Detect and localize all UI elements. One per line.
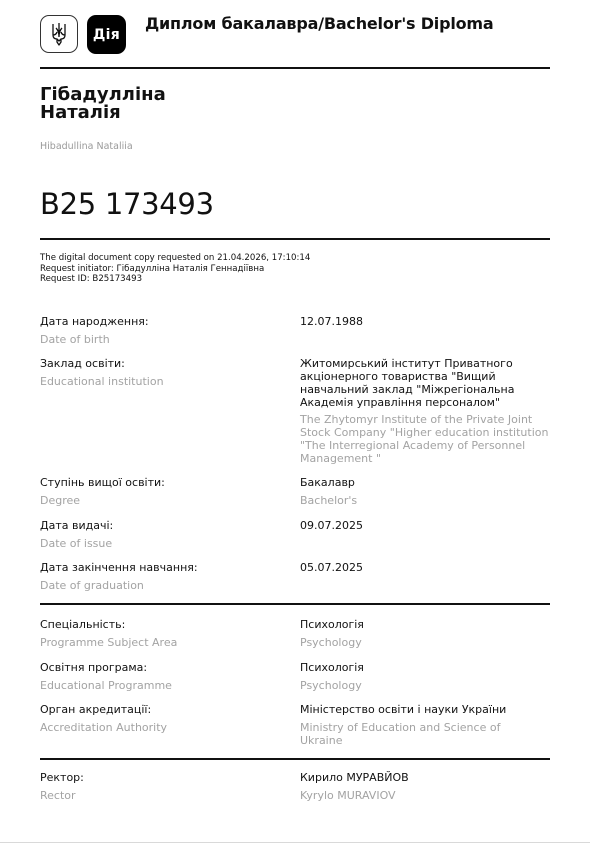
field-value-uk: 12.07.1988 [300, 315, 550, 328]
document-title: Диплом бакалавра/Bachelor's Diploma [145, 14, 493, 33]
field-value-uk: Кирило МУРАВЙОВ [300, 771, 550, 784]
field-label-uk: Дата закінчення навчання: [40, 561, 198, 574]
request-date: The digital document copy requested on 2… [40, 253, 310, 264]
request-id: Request ID: B25173493 [40, 274, 310, 285]
divider [40, 67, 550, 69]
holder-given-name: Наталія [40, 104, 166, 122]
field-value-uk: Міністерство освіти і науки України [300, 703, 550, 716]
field-label-en: Degree [40, 494, 80, 507]
field-label-uk: Ступінь вищої освіти: [40, 476, 165, 489]
field-label-en: Date of birth [40, 333, 110, 346]
state-emblem-logo [40, 15, 78, 53]
field-label-en: Accreditation Authority [40, 721, 167, 734]
field-value-uk: Бакалавр [300, 476, 550, 489]
field-label-en: Educational Programme [40, 679, 172, 692]
diia-logo-text: Дія [93, 27, 120, 43]
field-value-en: Kyrylo MURAVIOV [300, 789, 550, 802]
field-value-en: The Zhytomyr Institute of the Private Jo… [300, 413, 550, 465]
field-label-en: Rector [40, 789, 76, 802]
holder-name-uk: Гібадулліна Наталія [40, 86, 166, 122]
field-label-en: Date of issue [40, 537, 112, 550]
request-initiator: Request initiator: Гібадулліна Наталія Г… [40, 264, 310, 275]
field-value-en: Psychology [300, 636, 550, 649]
field-label-uk: Освітня програма: [40, 661, 147, 674]
field-label-en: Programme Subject Area [40, 636, 177, 649]
field-label-en: Date of graduation [40, 579, 144, 592]
divider [40, 238, 550, 240]
field-label-uk: Дата народження: [40, 315, 149, 328]
field-label-uk: Орган акредитації: [40, 703, 151, 716]
field-value-uk: Житомирський інститут Приватного акціоне… [300, 357, 550, 409]
holder-name-en: Hibadullina Nataliia [40, 141, 133, 152]
request-info: The digital document copy requested on 2… [40, 253, 310, 285]
field-value-uk: 05.07.2025 [300, 561, 550, 574]
divider [40, 758, 550, 760]
field-label-uk: Заклад освіти: [40, 357, 125, 370]
field-value-en: Ministry of Education and Science of Ukr… [300, 721, 530, 747]
field-label-uk: Спеціальність: [40, 618, 125, 631]
divider [40, 603, 550, 605]
field-label-uk: Дата видачі: [40, 519, 113, 532]
trident-icon [51, 22, 67, 46]
field-value-en: Psychology [300, 679, 550, 692]
field-value-uk: 09.07.2025 [300, 519, 550, 532]
document-number: B25 173493 [40, 187, 214, 221]
field-value-uk: Психологія [300, 618, 550, 631]
diia-logo: Дія [87, 15, 126, 54]
diploma-document: Дія Диплом бакалавра/Bachelor's Diploma … [0, 0, 590, 843]
field-label-uk: Ректор: [40, 771, 84, 784]
field-value-uk: Психологія [300, 661, 550, 674]
field-label-en: Educational institution [40, 375, 164, 388]
field-value-en: Bachelor's [300, 494, 550, 507]
